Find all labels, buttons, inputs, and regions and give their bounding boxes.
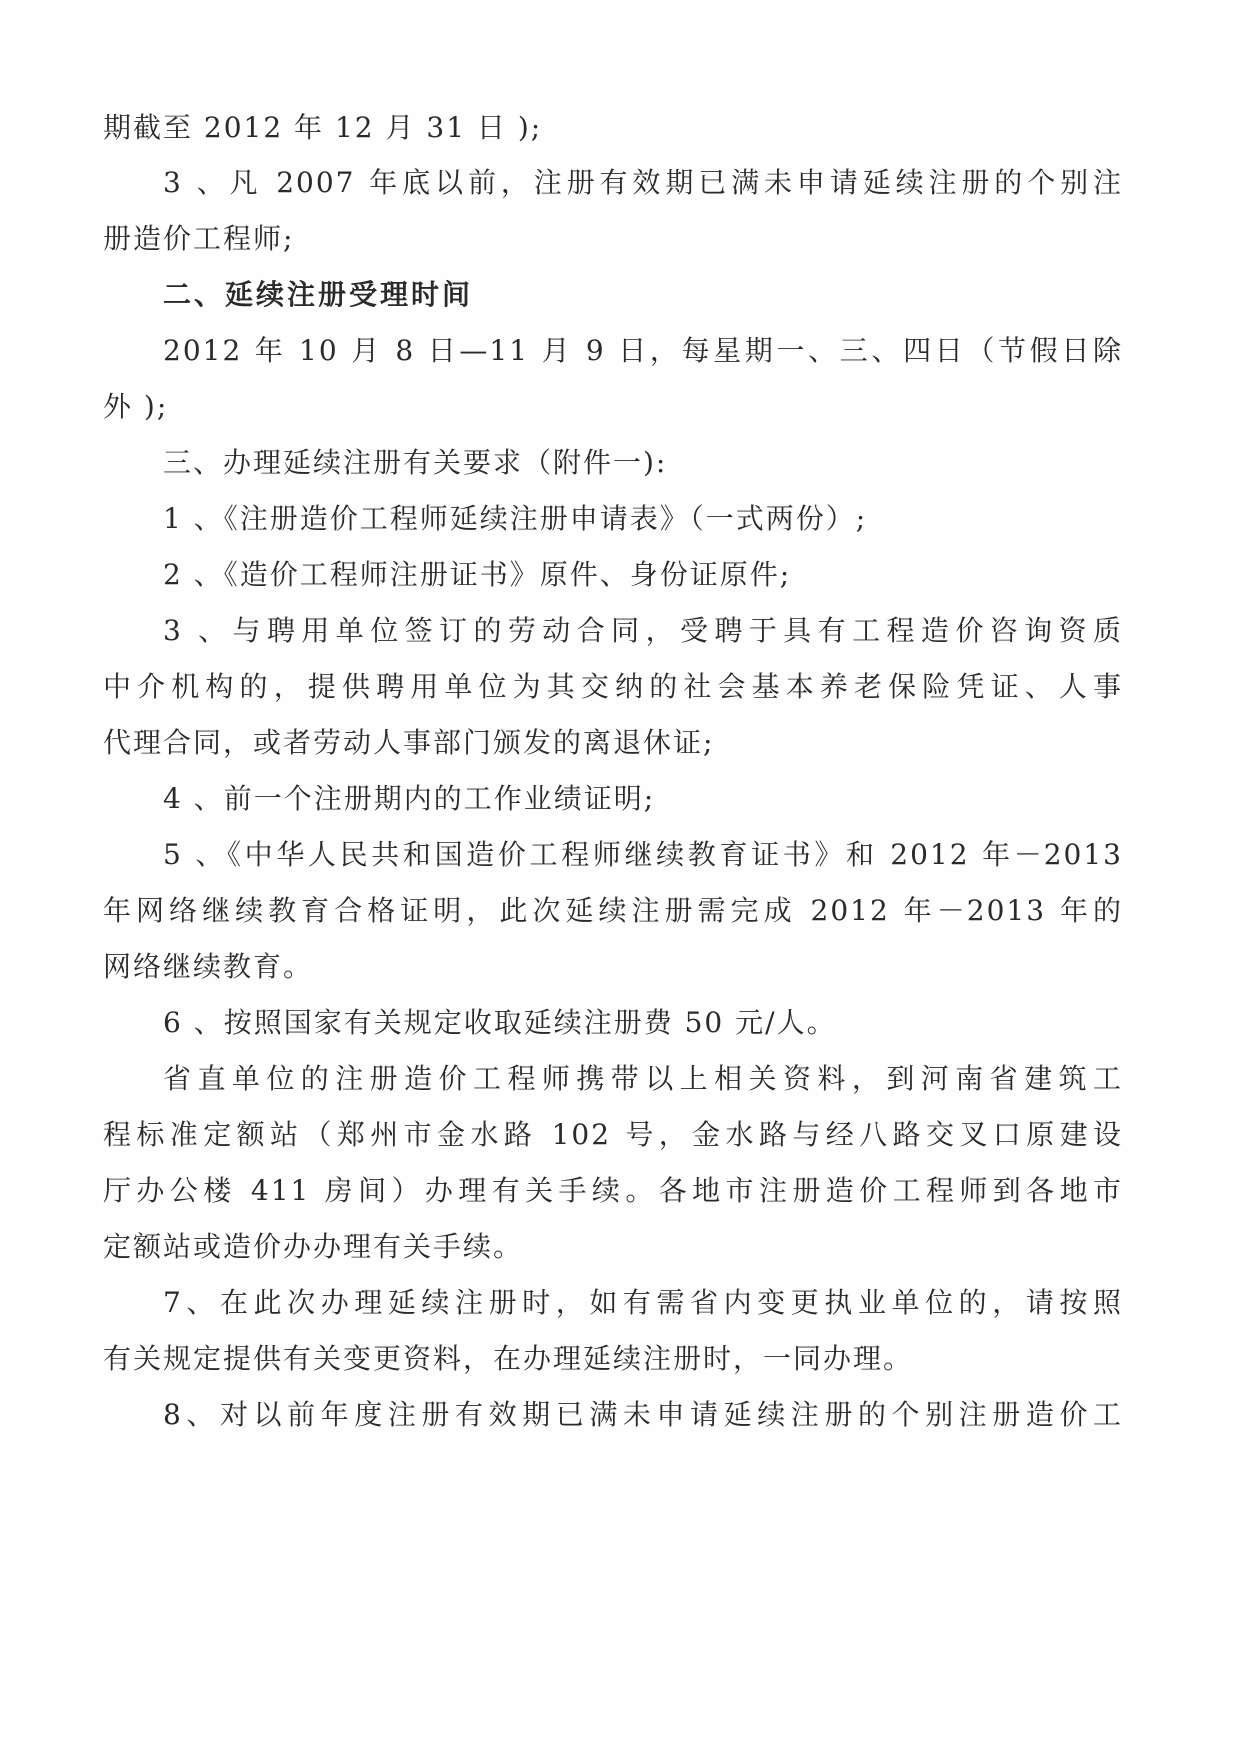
text-line: 8、对以前年度注册有效期已满未申请延续注册的个别注册造价工	[163, 1395, 1123, 1435]
text-line: 3 、与聘用单位签订的劳动合同，受聘于具有工程造价咨询资质	[163, 611, 1123, 651]
text-line: 有关规定提供有关变更资料，在办理延续注册时，一同办理。	[103, 1339, 983, 1379]
text-line: 外 );	[103, 387, 183, 427]
text-line: 程标准定额站（郑州市金水路 102 号，金水路与经八路交叉口原建设	[103, 1115, 1123, 1155]
text-line: 期截至 2012 年 12 月 31 日 );	[103, 108, 523, 148]
text-line: 2012 年 10 月 8 日—11 月 9 日，每星期一、三、四日（节假日除	[163, 331, 1123, 371]
text-line: 3 、凡 2007 年底以前，注册有效期已满未申请延续注册的个别注	[163, 163, 1123, 203]
text-line: 省直单位的注册造价工程师携带以上相关资料，到河南省建筑工	[163, 1059, 1123, 1099]
text-line: 1 、《注册造价工程师延续注册申请表》（一式两份）;	[163, 499, 903, 539]
text-line: 代理合同，或者劳动人事部门颁发的离退休证;	[103, 723, 793, 763]
text-line: 7、在此次办理延续注册时，如有需省内变更执业单位的，请按照	[163, 1283, 1123, 1323]
text-line: 5 、《中华人民共和国造价工程师继续教育证书》和 2012 年－2013	[163, 835, 1123, 875]
text-line: 6 、按照国家有关规定收取延续注册费 50 元/人。	[163, 1003, 823, 1043]
text-line: 册造价工程师;	[103, 219, 333, 259]
document-page: 期截至 2012 年 12 月 31 日 );3 、凡 2007 年底以前，注册…	[0, 0, 1233, 1749]
text-line: 厅办公楼 411 房间）办理有关手续。各地市注册造价工程师到各地市	[103, 1171, 1123, 1211]
text-line: 网络继续教育。	[103, 947, 323, 987]
text-line: 定额站或造价办办理有关手续。	[103, 1227, 543, 1267]
section-heading: 二、延续注册受理时间	[163, 275, 523, 315]
text-line: 年网络继续教育合格证明，此次延续注册需完成 2012 年－2013 年的	[103, 891, 1123, 931]
text-line: 三、办理延续注册有关要求（附件一):	[163, 443, 683, 483]
text-line: 中介机构的，提供聘用单位为其交纳的社会基本养老保险凭证、人事	[103, 667, 1123, 707]
text-line: 2 、《造价工程师注册证书》原件、身份证原件;	[163, 555, 803, 595]
text-line: 4 、前一个注册期内的工作业绩证明;	[163, 779, 663, 819]
